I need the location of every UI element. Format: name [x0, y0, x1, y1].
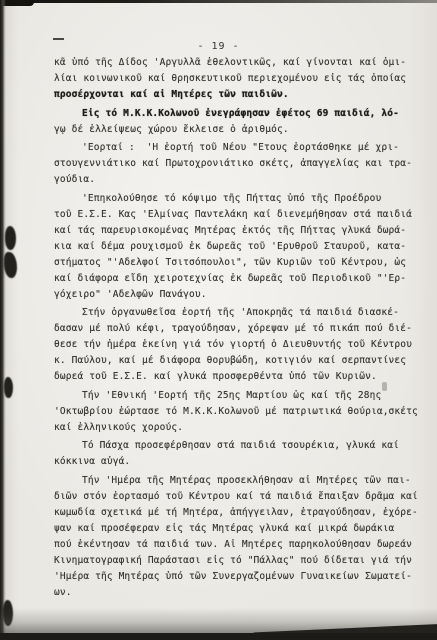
text-line: κόκκινα αὐγά. — [54, 454, 414, 470]
paragraph: Τήν 'Εθνική 'Εορτή τῆς 25ης Μαρτίου ὡς κ… — [54, 388, 414, 436]
text-line: γόχειρο" 'Αδελφῶν Πανάγου. — [54, 287, 414, 303]
text-line: στήματος "'Αδελφοί Τσιτσόπουλοι", τῶν Κυ… — [54, 255, 414, 271]
text-line: καί διάφορα εἴδη χειροτεχνίας ἐκ δωρεᾶς … — [54, 271, 414, 287]
ink-blob-artifact — [4, 377, 13, 398]
stray-pen-dash-artifact — [53, 38, 64, 40]
paragraph: Στήν ὀργανωθεῖσα ἑορτή τῆς 'Αποκρηᾶς τά … — [54, 305, 414, 385]
text-line: Τήν 'Ημέρα τῆς Μητέρας προσεκλήθησαν αἱ … — [54, 473, 414, 489]
scan-top-edge-artifact — [0, 0, 437, 3]
text-line: Στήν ὀργανωθεῖσα ἑορτή τῆς 'Αποκρηᾶς τά … — [54, 305, 414, 321]
text-line: ψαν καί προσέφεραν εἰς τάς Μητέρας γλυκά… — [54, 521, 414, 537]
text-line: προσέρχονται καί αἱ Μητέρες τῶν παιδιῶν. — [54, 87, 414, 103]
scan-bottom-edge-artifact — [0, 633, 437, 640]
text-line: θεσε τήν ἡμέρα ἐκείνη γιά τόν γιορτή ὁ Δ… — [54, 337, 414, 353]
text-line: καί τάς παρευρισκομένας Μητέρας ἐκτός τῆ… — [54, 223, 414, 239]
text-line: πού ἐκέντησαν τά παιδιά των. Αἱ Μητέρες … — [54, 537, 414, 553]
paragraph: Εἰς τό Μ.Κ.Κ.Κολωνοῦ ἐνεγράφησαν ἐφέτος … — [54, 106, 414, 138]
text-line: Τήν 'Εθνική 'Εορτή τῆς 25ης Μαρτίου ὡς κ… — [54, 388, 414, 404]
text-line: λίαι κοινωνικοῦ καί θρησκευτικοῦ περιεχο… — [54, 71, 414, 87]
text-line: 'Ημέρα τῆς Μητέρας ὑπό τῶν Συνεργαζομένω… — [54, 569, 414, 585]
scanned-document-page: - 19 - κᾶ ὑπό τῆς Δίδος 'Αργυλλᾶ ἐθελοντ… — [0, 0, 437, 640]
text-line: καί ἑλληνικούς χορούς. — [54, 420, 414, 436]
text-line: δασαν μέ πολύ κέφι, τραγούδησαν, χόρεψαν… — [54, 321, 414, 337]
text-line: γούδια. — [54, 172, 414, 188]
ink-blob-artifact — [5, 226, 16, 250]
text-body: κᾶ ὑπό τῆς Δίδος 'Αργυλλᾶ ἐθελοντικῶς, κ… — [54, 55, 414, 601]
text-line: κια καί δέμα ρουχισμοῦ ἐκ δωρεᾶς τοῦ 'Ερ… — [54, 239, 414, 255]
scan-left-edge-artifact — [0, 0, 6, 640]
text-line: γῳ δέ ἐλλείψεως χώρου ἔκλεισε ὁ ἀριθμός. — [54, 122, 414, 138]
paragraph: 'Επηκολούθησε τό κόψιμο τῆς Πήττας ὑπό τ… — [54, 191, 414, 303]
paragraph: Τήν 'Ημέρα τῆς Μητέρας προσεκλήθησαν αἱ … — [54, 473, 414, 601]
text-line: διῶν στόν ἑορτασμό τοῦ Κέντρου καί τά πα… — [54, 489, 414, 505]
text-line: Κινηματογραφική Παράστασι εἰς τό "Πάλλας… — [54, 553, 414, 569]
text-line: Εἰς τό Μ.Κ.Κ.Κολωνοῦ ἐνεγράφησαν ἐφέτος … — [54, 106, 414, 122]
text-line: τοῦ Ε.Σ.Ε. Κας 'Ελμίνας Παντελάκη καί δι… — [54, 207, 414, 223]
text-line: δωρεά τοῦ Ε.Σ.Ε. καί γλυκά προσφερθέντα … — [54, 369, 414, 385]
paragraph: Τό Πάσχα προσεφέρθησαν στά παιδιά τσουρέ… — [54, 438, 414, 470]
page-number: - 19 - — [0, 41, 437, 52]
text-line: κᾶ ὑπό τῆς Δίδος 'Αργυλλᾶ ἐθελοντικῶς, κ… — [54, 55, 414, 71]
paragraph: 'Εορταί : 'Η ἑορτή τοῦ Νέου "Ετους ἑορτά… — [54, 140, 414, 188]
paragraph: κᾶ ὑπό τῆς Δίδος 'Αργυλλᾶ ἐθελοντικῶς, κ… — [54, 55, 414, 103]
ink-blob-artifact — [4, 252, 17, 278]
text-line: ων. — [54, 585, 414, 601]
text-line: Τό Πάσχα προσεφέρθησαν στά παιδιά τσουρέ… — [54, 438, 414, 454]
text-line: στουγεννιάτικο καί Πρωτοχρονιάτικο σκέτς… — [54, 156, 414, 172]
text-line: 'Οκτωβρίου ἑώρτασε τό Μ.Κ.Κ.Κολωνοῦ μέ π… — [54, 404, 414, 420]
text-line: 'Εορταί : 'Η ἑορτή τοῦ Νέου "Ετους ἑορτά… — [54, 140, 414, 156]
text-line: 'Επηκολούθησε τό κόψιμο τῆς Πήττας ὑπό τ… — [54, 191, 414, 207]
text-line: κ. Παύλου, καί μέ διάφορα θορυβώδη, κοτι… — [54, 353, 414, 369]
text-line: κωμωδία σχετικά μέ τή Μητέρα, ἀπήγγειλαν… — [54, 505, 414, 521]
